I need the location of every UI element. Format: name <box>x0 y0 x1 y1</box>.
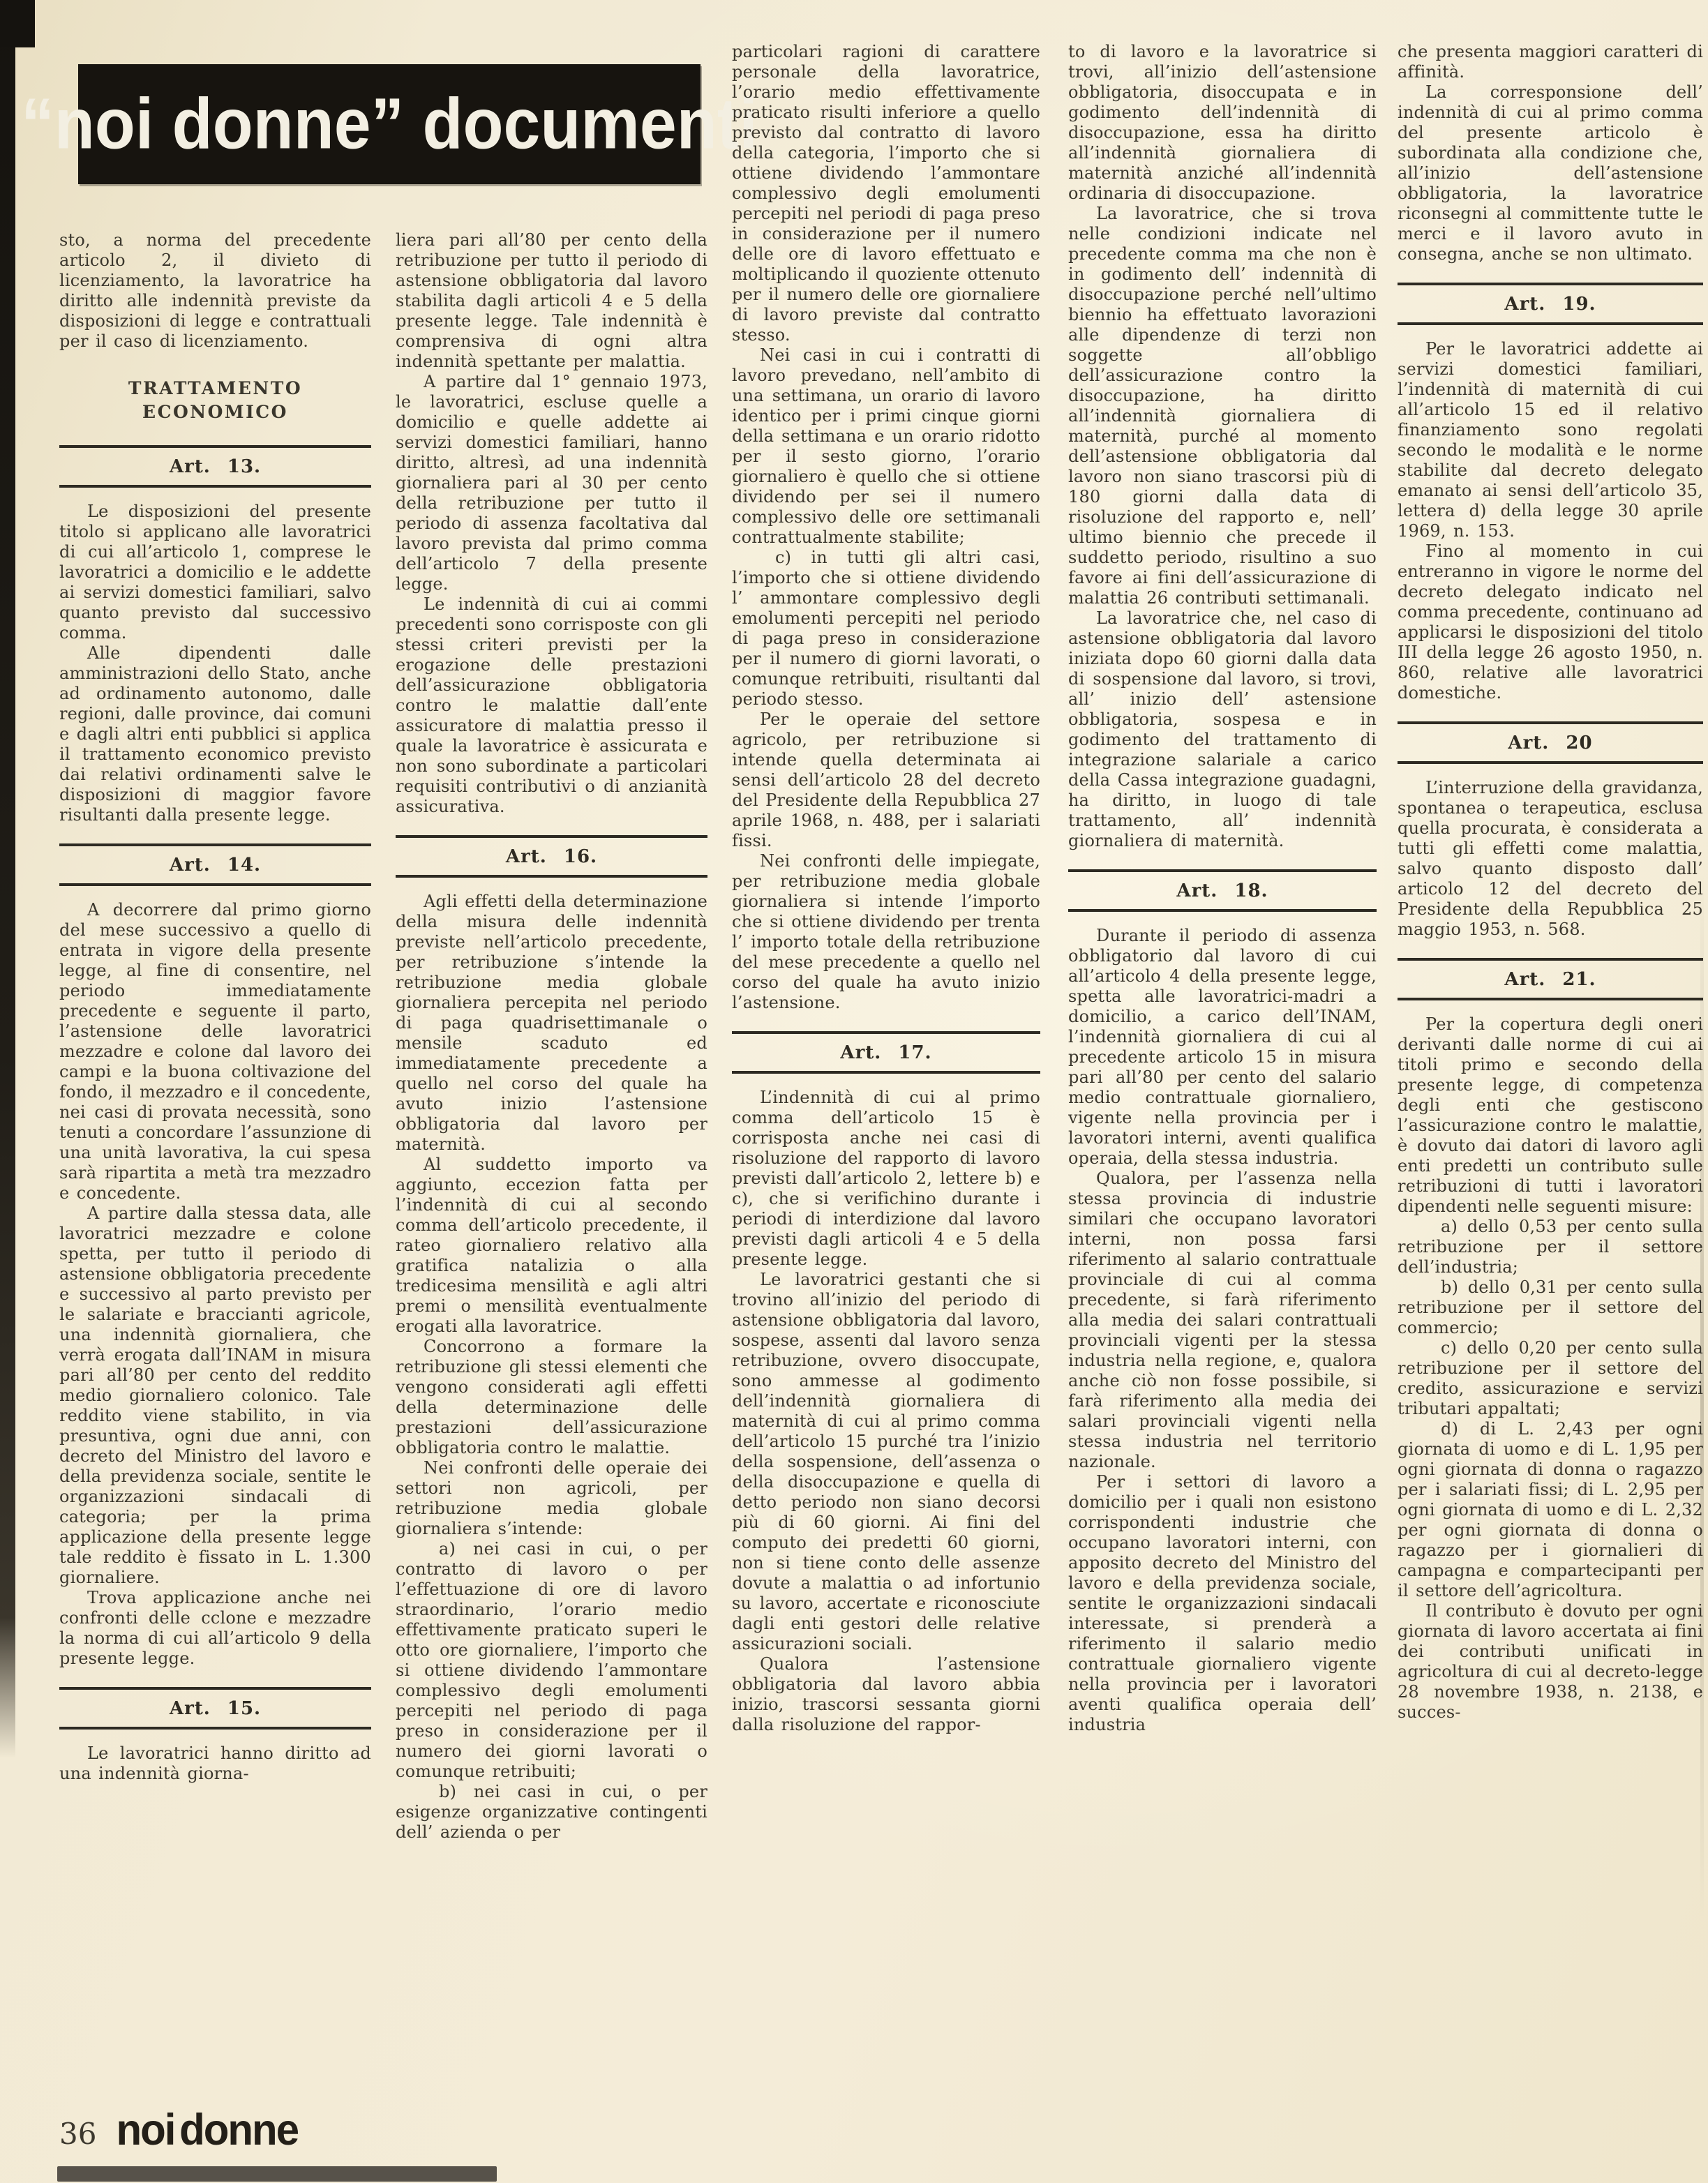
paragraph: liera pari all’80 per cento della retrib… <box>396 230 707 372</box>
paragraph: L’indennità di cui al primo comma dell’a… <box>732 1088 1040 1270</box>
section-banner-title: “noi donne” documenti <box>21 83 757 165</box>
section-heading: TRATTAMENTO ECONOMICO <box>59 377 371 424</box>
paragraph: Per le operaie del settore agricolo, per… <box>732 710 1040 851</box>
article-heading: Art. 18. <box>1068 869 1377 912</box>
article-label: Art. 19. <box>1398 285 1703 322</box>
divider-rule <box>1398 998 1703 1000</box>
article-label: Art. 16. <box>396 838 707 875</box>
section-banner: “noi donne” documenti <box>78 64 701 184</box>
paragraph: Le lavoratrici gestanti che si trovino a… <box>732 1270 1040 1654</box>
paragraph: Nei casi in cui i contratti di lavoro pr… <box>732 345 1040 548</box>
magazine-page: “noi donne” documenti sto, a norma del p… <box>0 0 1708 2183</box>
divider-rule <box>1398 322 1703 325</box>
paragraph: Concorrono a formare la retribuzione gli… <box>396 1337 707 1458</box>
article-heading: Art. 20 <box>1398 721 1703 764</box>
text-column-1: sto, a norma del precedente articolo 2, … <box>59 230 371 2110</box>
paragraph: sto, a norma del precedente articolo 2, … <box>59 230 371 352</box>
article-heading: Art. 19. <box>1398 283 1703 325</box>
paragraph: Per i settori di lavoro a domicilio per … <box>1068 1472 1377 1735</box>
paragraph: Le lavoratrici hanno diritto ad una inde… <box>59 1743 371 1784</box>
article-label: Art. 17. <box>732 1034 1040 1071</box>
scan-edge-left <box>0 0 15 1758</box>
paragraph: a) dello 0,53 per cento sulla retribuzio… <box>1398 1217 1703 1277</box>
paragraph: Trova applicazione anche nei confronti d… <box>59 1588 371 1669</box>
paragraph: b) nei casi in cui, o per esigenze organ… <box>396 1782 707 1843</box>
divider-rule <box>732 1071 1040 1074</box>
scan-edge-bottom <box>57 2166 497 2182</box>
page-number: 36 <box>59 2117 96 2151</box>
article-label: Art. 13. <box>59 448 371 485</box>
article-label: Art. 20 <box>1398 724 1703 761</box>
paragraph: Per le lavoratrici addette ai servizi do… <box>1398 339 1703 541</box>
paragraph: Le indennità di cui ai commi precedenti … <box>396 594 707 817</box>
article-label: Art. 15. <box>59 1690 371 1727</box>
paragraph: Nei confronti delle impiegate, per retri… <box>732 851 1040 1013</box>
paragraph: che presenta maggiori caratteri di affin… <box>1398 42 1703 82</box>
article-heading: Art. 14. <box>59 843 371 886</box>
divider-rule <box>59 1727 371 1730</box>
article-label: Art. 21. <box>1398 961 1703 998</box>
paragraph: c) in tutti gli altri casi, l’importo ch… <box>732 548 1040 710</box>
article-heading: Art. 21. <box>1398 958 1703 1000</box>
text-column-3: particolari ragioni di carattere persona… <box>732 42 1040 2117</box>
paragraph: c) dello 0,20 per cento sulla retribuzio… <box>1398 1338 1703 1419</box>
divider-rule <box>1068 909 1377 912</box>
divider-rule <box>396 875 707 878</box>
text-column-4: to di lavoro e la lavoratrice si trovi, … <box>1068 42 1377 2117</box>
paragraph: Al suddetto importo va aggiunto, eccezio… <box>396 1155 707 1337</box>
paragraph: a) nei casi in cui, o per contratto di l… <box>396 1539 707 1782</box>
paragraph: Qualora l’astensione obbligatoria dal la… <box>732 1654 1040 1735</box>
article-label: Art. 18. <box>1068 872 1377 909</box>
paragraph: L’interruzione della gravidanza, spontan… <box>1398 778 1703 940</box>
paragraph: Alle dipendenti dalle amministrazioni de… <box>59 643 371 825</box>
article-heading: Art. 16. <box>396 835 707 878</box>
divider-rule <box>59 485 371 488</box>
article-heading: Art. 17. <box>732 1031 1040 1074</box>
paragraph: A partire dal 1° gennaio 1973, le lavora… <box>396 372 707 594</box>
paragraph: d) di L. 2,43 per ogni giornata di uomo … <box>1398 1419 1703 1601</box>
page-footer: 36 noi donne <box>59 2106 298 2154</box>
paragraph: Fino al momento in cui entreranno in vig… <box>1398 541 1703 703</box>
divider-rule <box>1398 761 1703 764</box>
paragraph: Qualora, per l’assenza nella stessa prov… <box>1068 1169 1377 1472</box>
magazine-logo: noi donne <box>116 2104 298 2154</box>
paragraph: b) dello 0,31 per cento sulla retribuzio… <box>1398 1277 1703 1338</box>
paragraph: Il contributo è dovuto per ogni giornata… <box>1398 1601 1703 1723</box>
divider-rule <box>59 883 371 886</box>
scan-edge-corner <box>0 0 35 47</box>
paragraph: to di lavoro e la lavoratrice si trovi, … <box>1068 42 1377 204</box>
article-heading: Art. 13. <box>59 445 371 488</box>
text-column-2: liera pari all’80 per cento della retrib… <box>396 230 707 2110</box>
paragraph: La lavoratrice, che si trova nelle condi… <box>1068 204 1377 608</box>
paragraph: Nei confronti delle operaie dei settori … <box>396 1458 707 1539</box>
text-column-5: che presenta maggiori caratteri di affin… <box>1398 42 1703 2117</box>
article-label: Art. 14. <box>59 846 371 883</box>
paragraph: Per la copertura degli oneri derivanti d… <box>1398 1014 1703 1217</box>
article-heading: Art. 15. <box>59 1687 371 1730</box>
paragraph: A partire dalla stessa data, alle lavora… <box>59 1203 371 1588</box>
paragraph: Durante il periodo di assenza obbligator… <box>1068 926 1377 1169</box>
paragraph: Agli effetti della determinazione della … <box>396 892 707 1155</box>
paragraph: Le disposizioni del presente titolo si a… <box>59 502 371 643</box>
paragraph: particolari ragioni di carattere persona… <box>732 42 1040 345</box>
paragraph: A decorrere dal primo giorno del mese su… <box>59 900 371 1203</box>
paragraph: La lavoratrice che, nel caso di astensio… <box>1068 608 1377 851</box>
paragraph: La corresponsione dell’ indennità di cui… <box>1398 82 1703 264</box>
